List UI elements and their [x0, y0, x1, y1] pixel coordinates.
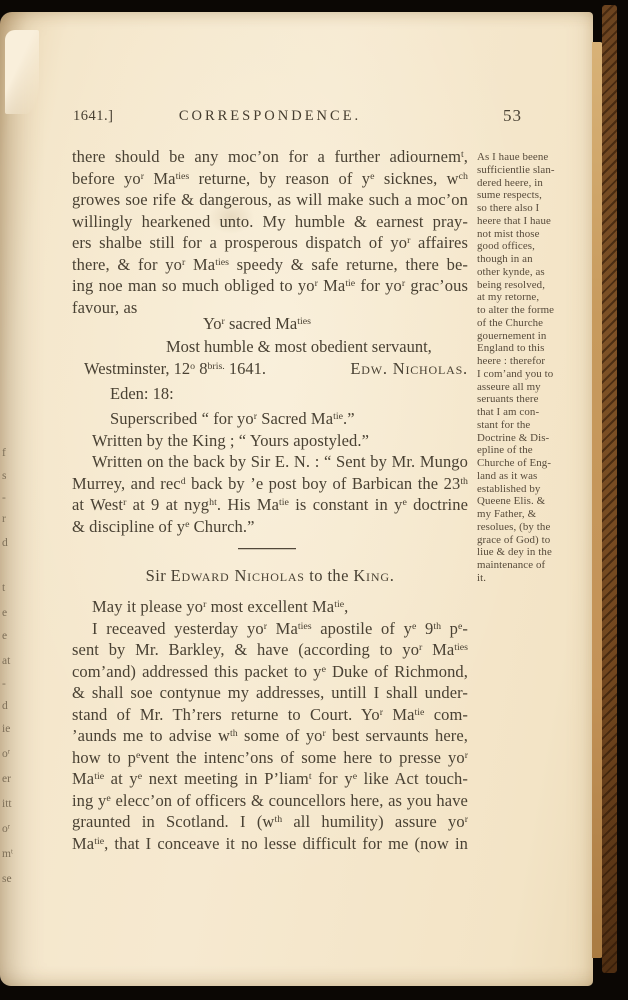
text-line: ’aunds me to advise wth some of yor best…	[72, 725, 468, 747]
text-line: growes soe rife & dangerous, as will mak…	[72, 189, 468, 211]
text-line: of the Churche	[477, 317, 601, 330]
letter2-heading: Sir Edward Nicholas to the King.	[72, 566, 468, 586]
letter1-body: there should be any moc’on for a further…	[72, 146, 468, 318]
text-line: stand of Mr. Th’rers returne to Court. Y…	[72, 704, 468, 726]
text-line: there, & for yor Maties speedy & safe re…	[72, 254, 468, 276]
text-line: land as it was	[477, 470, 601, 483]
text-line: sume respects,	[477, 189, 601, 202]
text-line: liue & dey in the	[477, 546, 601, 559]
edge-text-fragment: or	[2, 823, 10, 835]
text-line: heere that I haue	[477, 215, 601, 228]
text-line: being resolved,	[477, 279, 601, 292]
text-line: grace of God) to	[477, 534, 601, 547]
edge-text-fragment: d	[2, 700, 8, 712]
text-line: England to this	[477, 342, 601, 355]
text-line: Superscribed “ for yor Sacred Matie.”	[72, 408, 468, 430]
letter1-valediction-line2: Most humble & most obedient servaunt,	[166, 337, 432, 357]
edge-text-fragment: er	[2, 773, 11, 785]
text-line: willingly hearkened unto. My humble & ea…	[72, 211, 468, 233]
text-line: to alter the forme	[477, 304, 601, 317]
letter1-endorsement: Superscribed “ for yor Sacred Matie.”Wri…	[72, 408, 468, 537]
edge-text-fragment: s	[2, 470, 6, 482]
edge-text-fragment: e	[2, 630, 7, 642]
text-line: that I am con-	[477, 406, 601, 419]
letter1-reference: Eden: 18:	[110, 384, 174, 404]
text-line: at my retorne,	[477, 291, 601, 304]
text-line: my Father, &	[477, 508, 601, 521]
running-head-title: CORRESPONDENCE.	[72, 108, 468, 125]
edge-text-fragment: at	[2, 655, 10, 667]
text-line: established by	[477, 483, 601, 496]
book-photo: 1641.] CORRESPONDENCE. 53 there should b…	[0, 0, 628, 1000]
text-line: graunted in Scotland. I (wth all humilit…	[72, 811, 468, 833]
text-line: ing ye elecc’on of officers & councellor…	[72, 790, 468, 812]
section-divider	[238, 548, 296, 549]
text-line: resolues, (by the	[477, 521, 601, 534]
text-line: May it please yor most excellent Matie,	[72, 596, 468, 618]
text-line: Churche of Eng-	[477, 457, 601, 470]
text-line: sufficientlie slan-	[477, 164, 601, 177]
edge-text-fragment: -	[2, 678, 6, 690]
text-line: how to pevent the intenc’ons of some her…	[72, 747, 468, 769]
margin-note: As I haue beenesufficientlie slan-dered …	[477, 151, 601, 585]
text-line: seruants there	[477, 393, 601, 406]
edge-text-fragment: r	[2, 513, 6, 525]
text-line: Doctrine & Dis-	[477, 432, 601, 445]
book-page: 1641.] CORRESPONDENCE. 53 there should b…	[0, 12, 593, 986]
edge-text-fragment: se	[2, 873, 12, 885]
text-line: & shall soe contynue my addresses, until…	[72, 682, 468, 704]
text-line: epline of the	[477, 444, 601, 457]
text-line: good offices,	[477, 240, 601, 253]
text-line: there should be any moc’on for a further…	[72, 146, 468, 168]
letter1-place-date: Westminster, 12o 8bris. 1641.	[84, 359, 266, 379]
text-line: maintenance of	[477, 559, 601, 572]
text-line: though in an	[477, 253, 601, 266]
letter1-signature-row: Westminster, 12o 8bris. 1641. Edw. Nicho…	[84, 359, 468, 379]
text-line: & discipline of ye Church.”	[72, 516, 468, 538]
text-line: asseure all my	[477, 381, 601, 394]
text-line: other kynde, as	[477, 266, 601, 279]
edge-text-fragment: or	[2, 748, 10, 760]
text-line: not mist those	[477, 228, 601, 241]
text-line: Murrey, and recd back by ’e post boy of …	[72, 473, 468, 495]
edge-text-fragment: ie	[2, 723, 10, 735]
text-line: gouernement in	[477, 330, 601, 343]
text-line: I receaved yesterday yor Maties apostile…	[72, 618, 468, 640]
text-line: Matie, that I conceave it no lesse diffi…	[72, 833, 468, 855]
left-edge-fragments: fs-rdteeat-dieorerittormtse	[0, 0, 18, 1000]
edge-text-fragment: d	[2, 537, 8, 549]
edge-text-fragment: itt	[2, 798, 12, 810]
text-line: ing noe man so much obliged to yor Matie…	[72, 275, 468, 297]
text-line: so there also I	[477, 202, 601, 215]
text-line: at Westr at 9 at nyght. His Matie is con…	[72, 494, 468, 516]
edge-text-fragment: e	[2, 607, 7, 619]
letter2-body: May it please yor most excellent Matie,I…	[72, 596, 468, 854]
edge-text-fragment: t	[2, 582, 5, 594]
edge-text-fragment: f	[2, 447, 6, 459]
text-line: I com’and you to	[477, 368, 601, 381]
text-line: com’and) addressed this packet to ye Duk…	[72, 661, 468, 683]
text-line: ers shalbe still for a prosperous dispat…	[72, 232, 468, 254]
text-line: Matie at ye next meeting in P’liamt for …	[72, 768, 468, 790]
text-line: As I haue beene	[477, 151, 601, 164]
text-line: stant for the	[477, 419, 601, 432]
text-line: before yor Maties returne, by reason of …	[72, 168, 468, 190]
text-line: dered heere, in	[477, 177, 601, 190]
leather-cover-edge	[602, 5, 617, 973]
text-line: Written on the back by Sir E. N. : “ Sen…	[72, 451, 468, 473]
text-line: it.	[477, 572, 601, 585]
text-line: sent by Mr. Barkley, & have (according t…	[72, 639, 468, 661]
edge-text-fragment: -	[2, 492, 6, 504]
letter1-valediction: Yor sacred Maties	[72, 314, 442, 334]
edge-text-fragment: mt	[2, 848, 13, 860]
text-line: Queene Elis. &	[477, 495, 601, 508]
page-number: 53	[503, 106, 522, 126]
letter1-signature: Edw. Nicholas.	[350, 359, 468, 379]
text-line: heere : therefor	[477, 355, 601, 368]
text-line: Written by the King ; “ Yours apostyled.…	[72, 430, 468, 452]
